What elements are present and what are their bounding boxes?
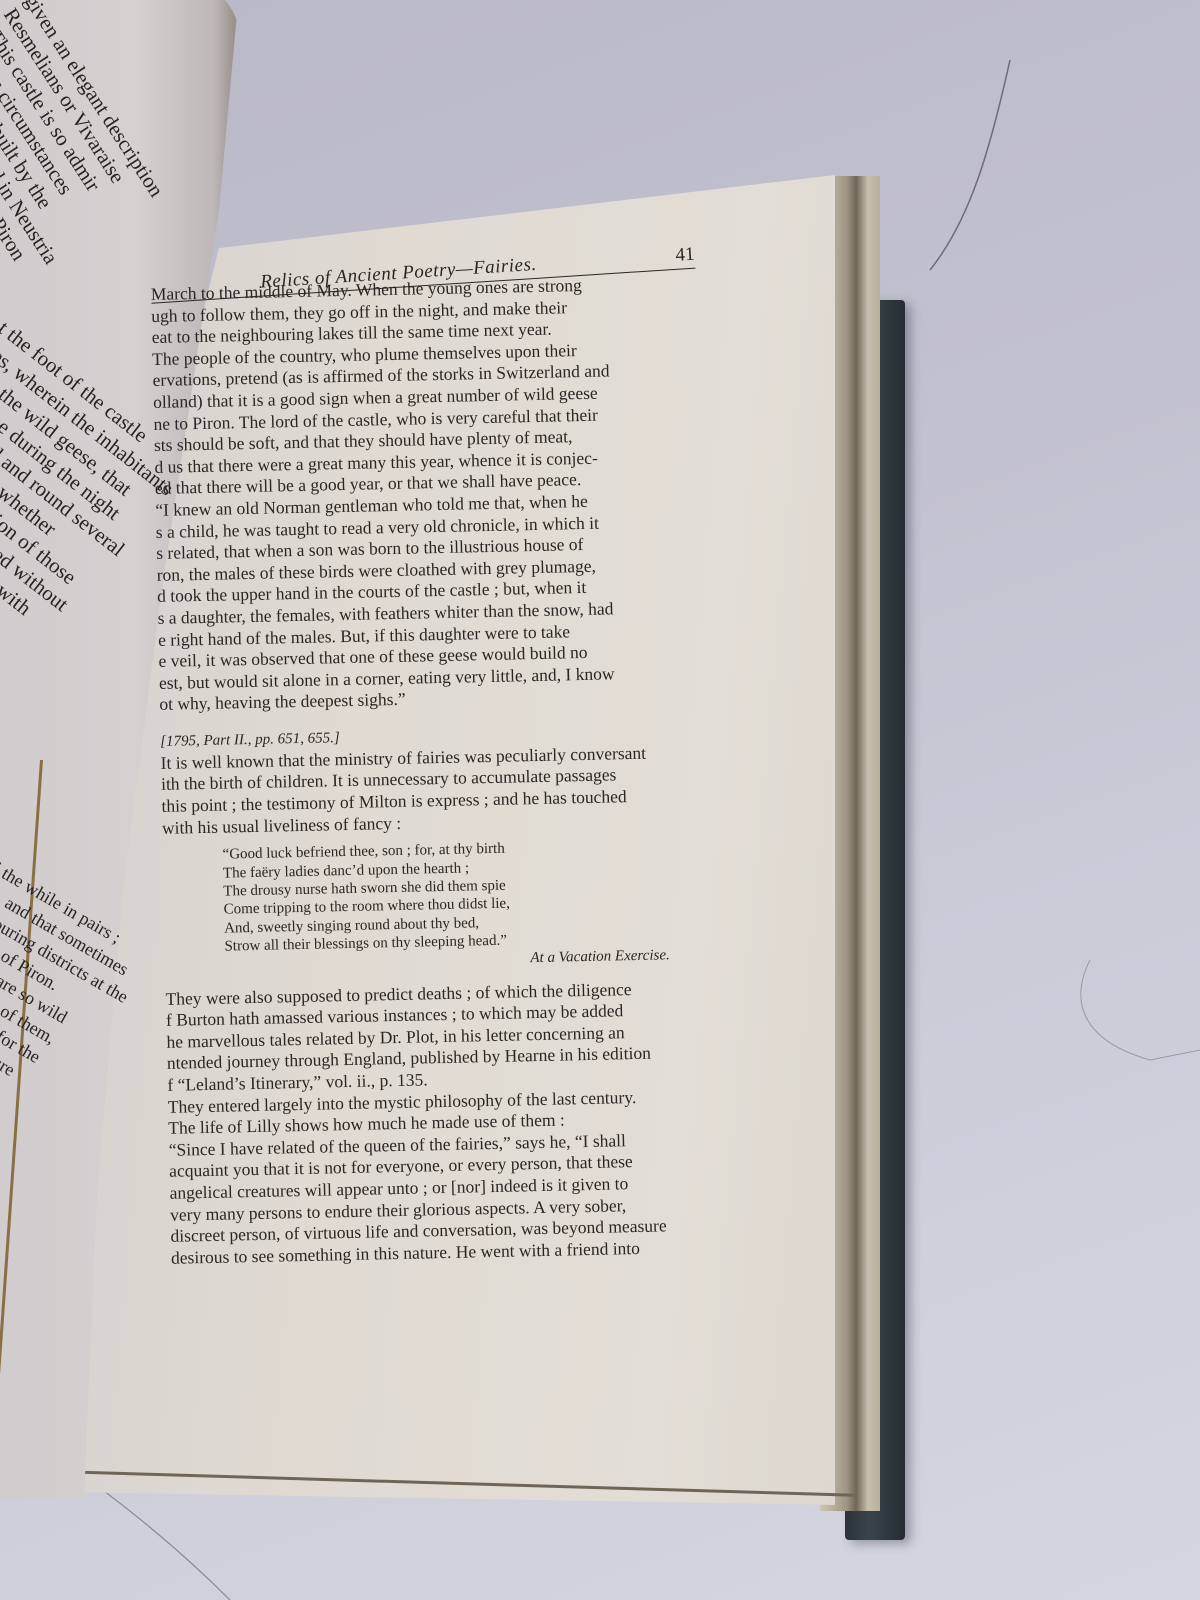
poem-quote: “Good luck befriend thee, son ; for, at …: [222, 836, 709, 957]
paragraph-milton: It is well known that the ministry of fa…: [160, 741, 707, 839]
paragraph-queen: “Since I have related of the queen of th…: [169, 1128, 717, 1269]
paragraph-deaths: They were also supposed to predict death…: [165, 977, 712, 1096]
paragraph-geese: March to the middle of May. When the you…: [151, 273, 705, 716]
page-number: 41: [675, 244, 695, 267]
right-page-text: Relics of Ancient Poetry—Fairies. 41 Mar…: [150, 244, 716, 1270]
